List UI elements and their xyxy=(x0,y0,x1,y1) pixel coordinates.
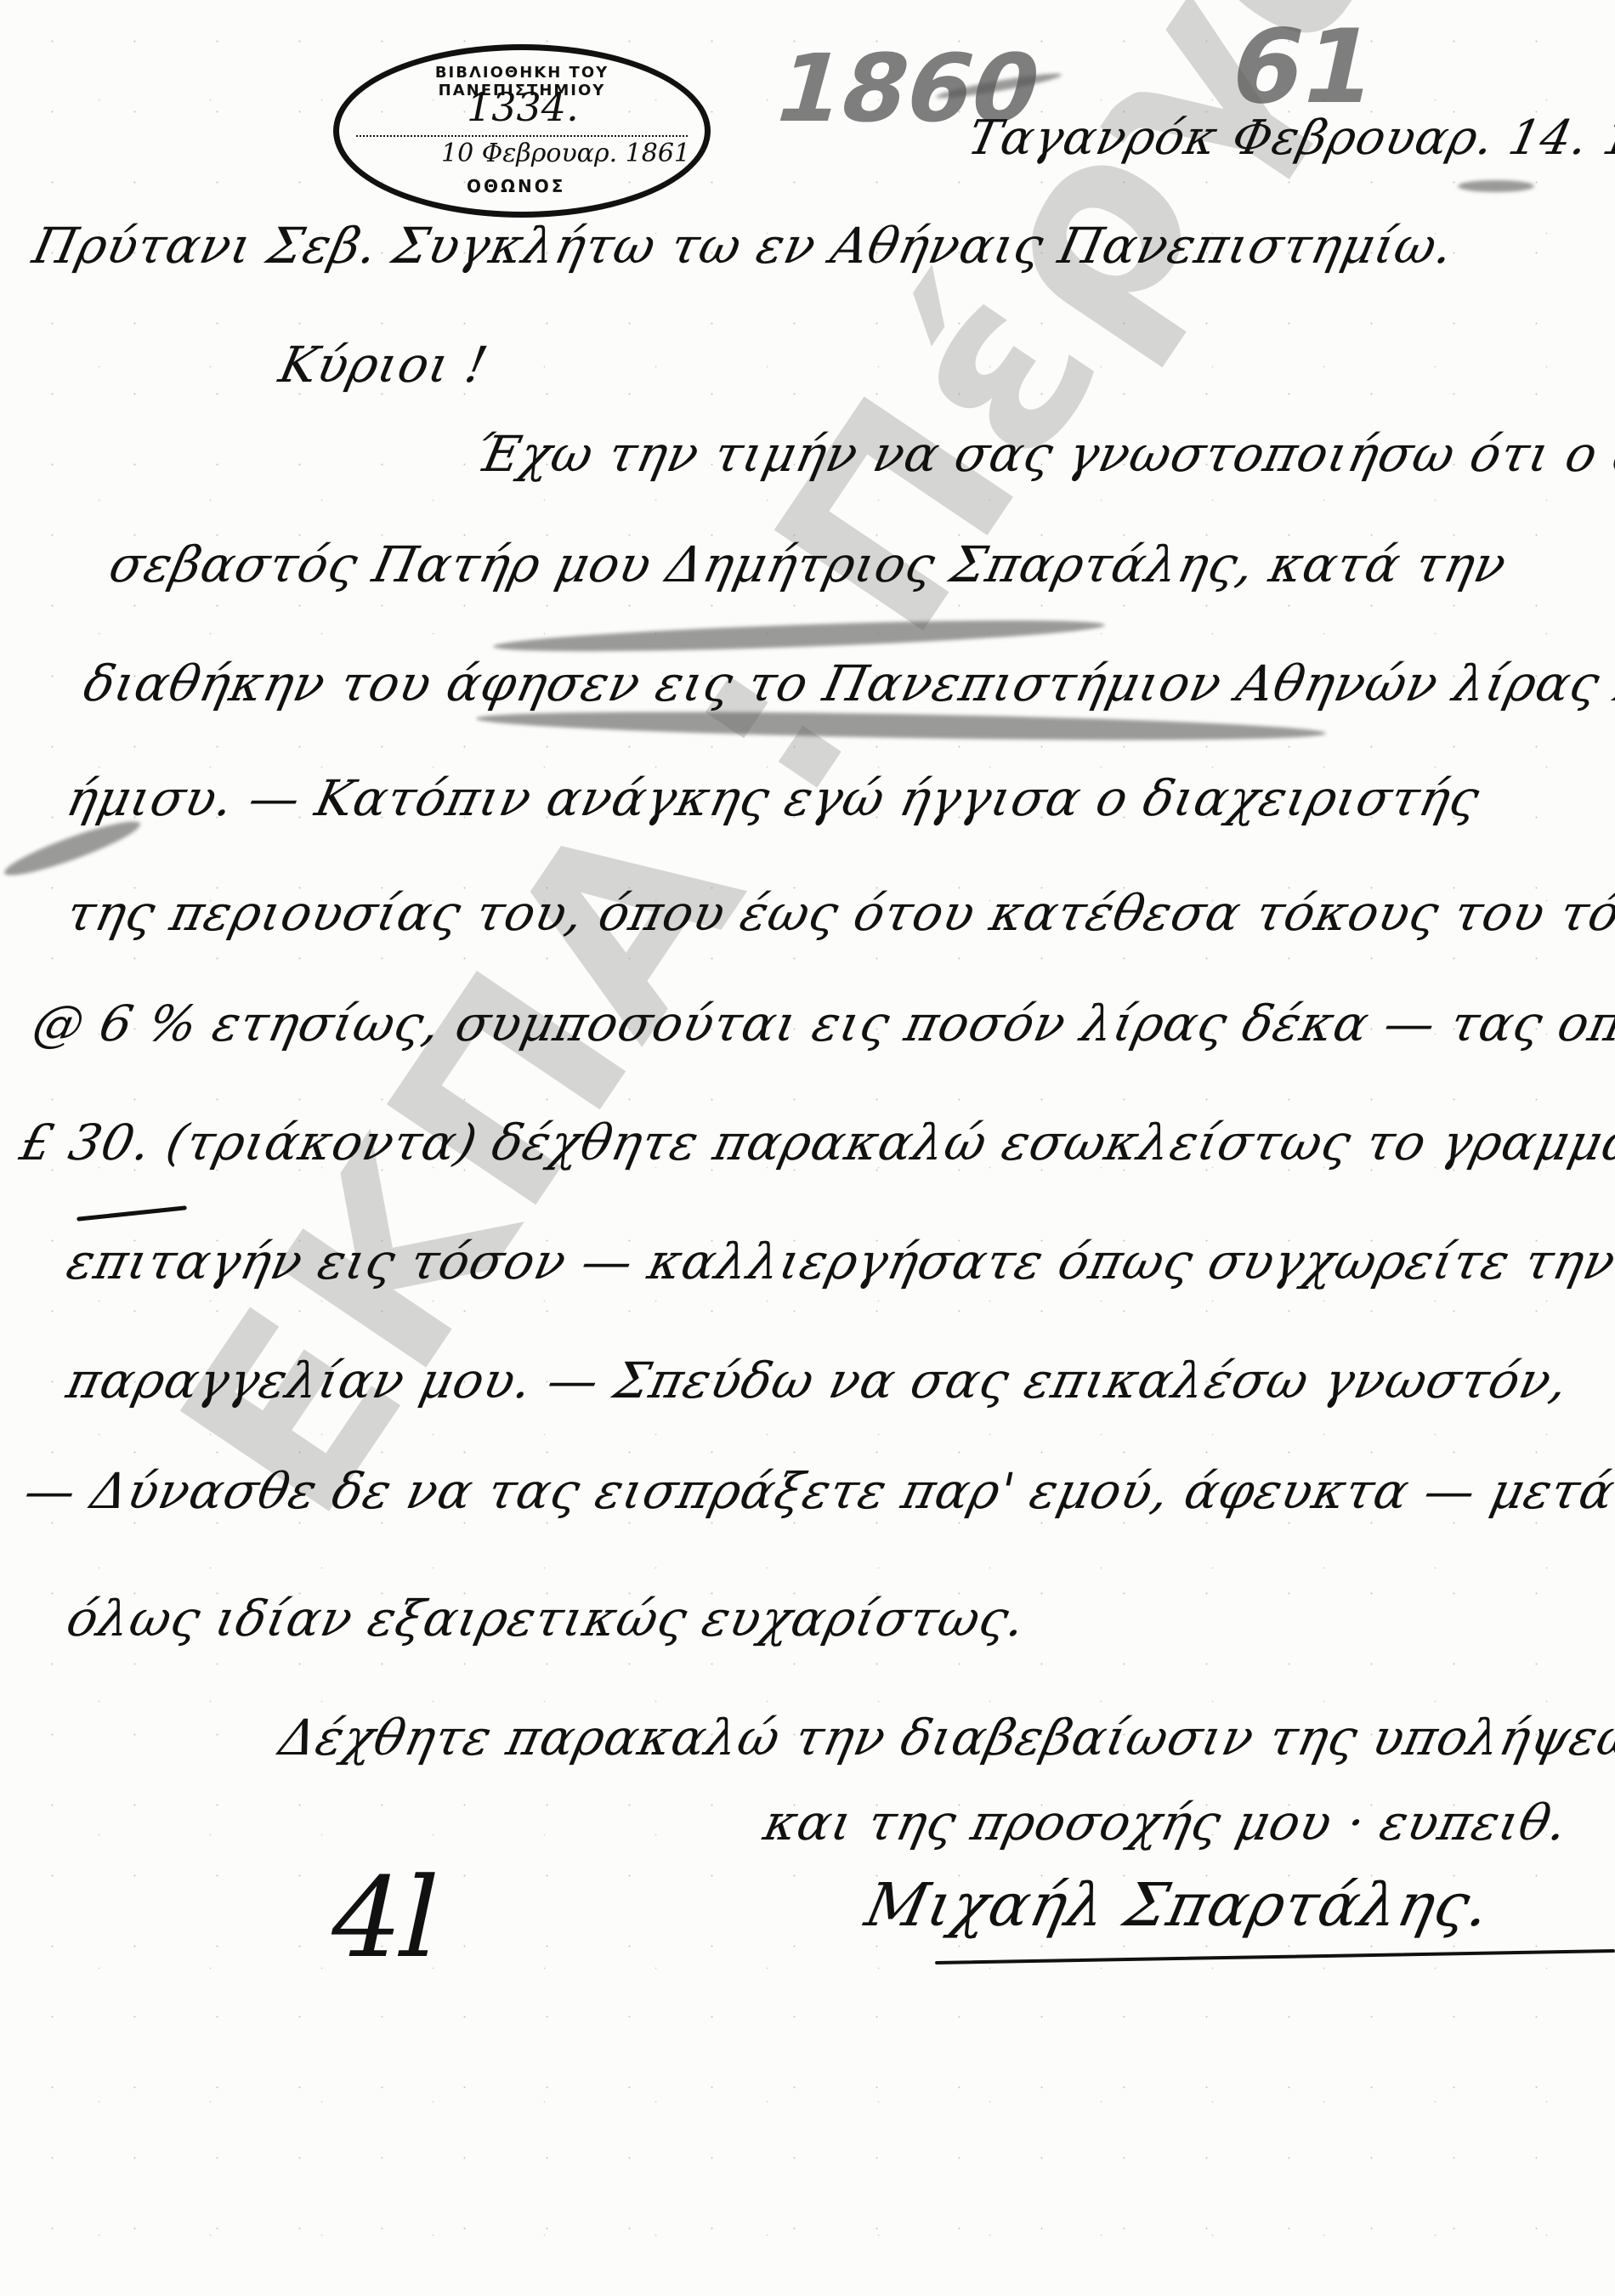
archive-stamp: ΒΙΒΛΙΟΘΗΚΗ ΤΟΥ ΠΑΝΕΠΙΣΤΗΜΙΟΥ 1334. 10 Φε… xyxy=(333,44,711,218)
stamp-divider xyxy=(356,135,688,137)
body-line-1: Έχω την τιμήν να σας γνωστοποιήσω ότι ο … xyxy=(470,425,1615,483)
stamp-date: 10 Φεβρουαρ. 1861 xyxy=(441,139,690,168)
body-line-6: @ 6 % ετησίως, συμποσούται εις ποσόν λίρ… xyxy=(28,995,1615,1052)
stamp-bottom-text: ΟΘΩΝΟΣ xyxy=(467,176,565,196)
body-line-3: διαθήκην του άφησεν εις το Πανεπιστήμιον… xyxy=(79,655,1615,712)
body-line-2: σεβαστός Πατήρ μου Δημήτριος Σπαρτάλης, … xyxy=(105,536,1512,593)
body-line-7: £ 30. (τριάκοντα) δέχθητε παρακαλώ εσωκλ… xyxy=(15,1114,1615,1171)
stamp-number: 1334. xyxy=(467,84,579,130)
body-line-8: επιταγήν εις τόσον — καλλιεργήσατε όπως … xyxy=(62,1233,1615,1290)
signature: Μιχαήλ Σπαρτάλης. xyxy=(859,1870,1496,1940)
body-line-9: παραγγελίαν μου. — Σπεύδω να σας επικαλέ… xyxy=(62,1352,1574,1409)
pencil-page-marker: 61 xyxy=(1220,9,1387,127)
body-line-4: ήμισυ. — Κατόπιν ανάγκης εγώ ήγγισα ο δι… xyxy=(62,769,1485,827)
body-line-11: όλως ιδίαν εξαιρετικώς ευχαρίστως. xyxy=(62,1590,1031,1647)
addressee: Πρύτανι Σεβ. Συγκλήτω τω εν Αθήναις Πανε… xyxy=(28,217,1459,275)
salutation: Κύριοι ! xyxy=(275,336,493,394)
pencil-underline-date xyxy=(1458,180,1534,192)
place-date: Ταγανρόκ Φεβρουαρ. 14. 1861 xyxy=(963,111,1615,166)
closing-line-1: Δέχθητε παρακαλώ την διαβεβαίωσιν της υπ… xyxy=(275,1709,1615,1766)
body-line-5: της περιουσίας του, όπου έως ότου κατέθε… xyxy=(62,884,1615,942)
body-line-10: — Δύνασθε δε να τας εισπράξετε παρ' εμού… xyxy=(20,1462,1615,1520)
closing-line-2: και της προσοχής μου · ευπειθ. xyxy=(759,1794,1573,1851)
letter-page: ΕΚΠΑ : Πέργαμος ΒΙΒΛΙΟΘΗΚΗ ΤΟΥ ΠΑΝΕΠΙΣΤΗ… xyxy=(0,0,1615,2296)
